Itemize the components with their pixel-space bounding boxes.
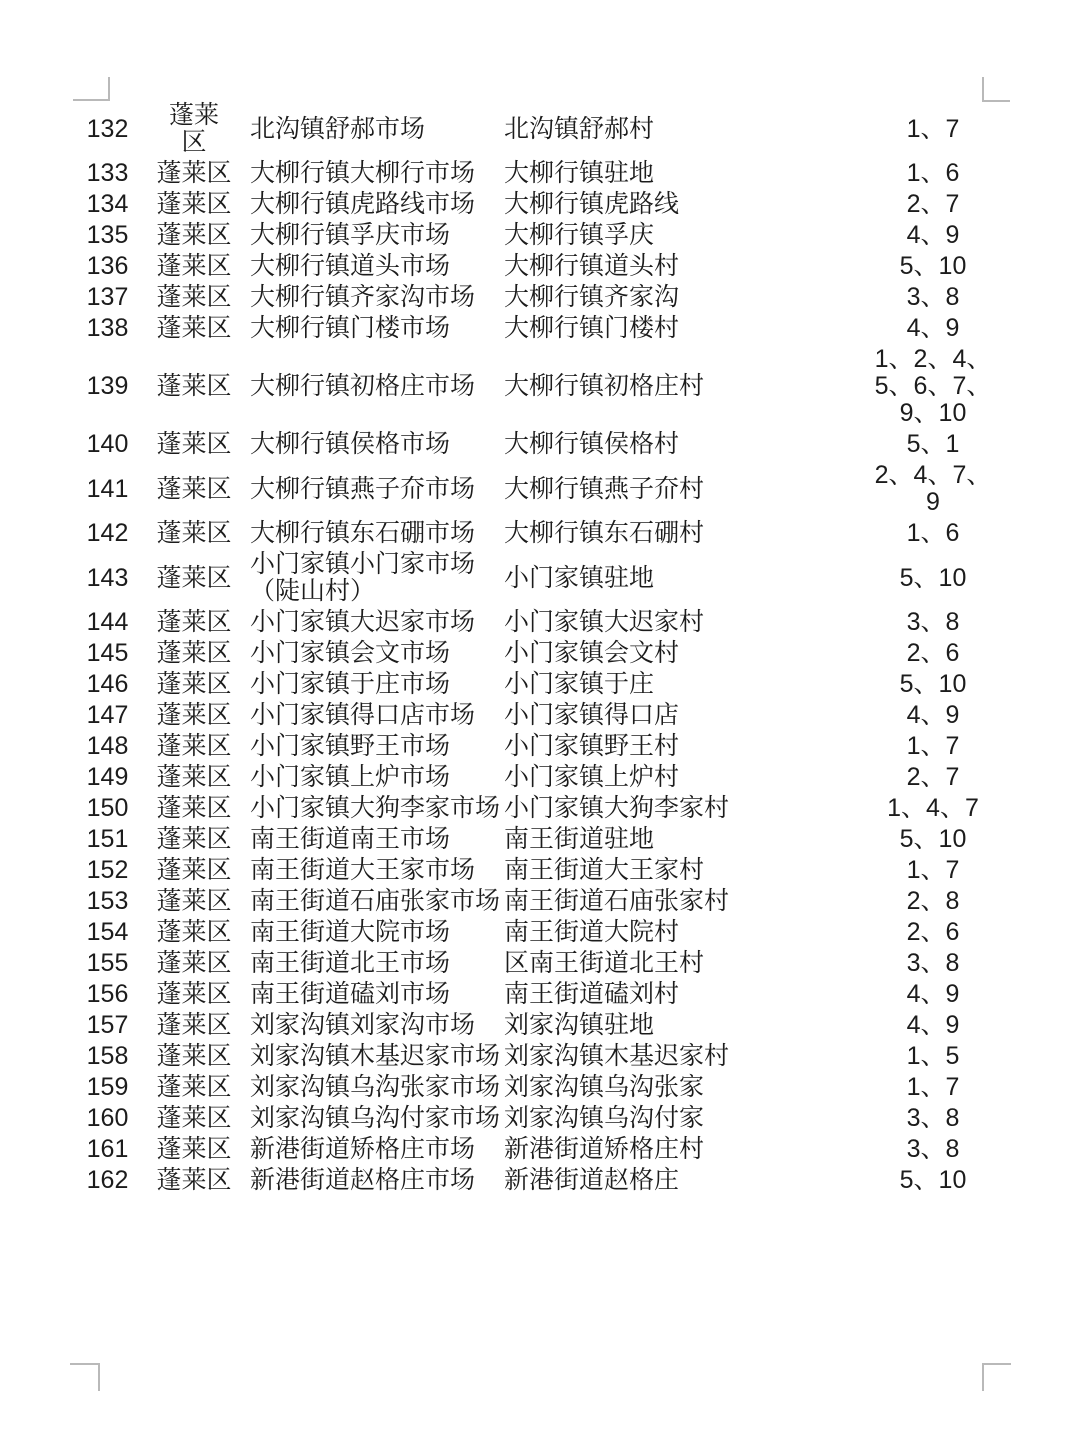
market-name-cell: 北沟镇舒郝市场 [248, 100, 500, 158]
market-name-cell: 大柳行镇虎路线市场 [248, 189, 500, 220]
district-cell: 蓬莱区 [140, 762, 248, 793]
market-name-cell: 小门家镇野王市场 [248, 731, 500, 762]
row-number-cell: 149 [75, 762, 140, 793]
market-name-cell: 小门家镇大狗李家市场 [248, 793, 500, 824]
table-row: 150蓬莱区小门家镇大狗李家市场小门家镇大狗李家村1、4、7 [75, 793, 994, 824]
market-name-cell: 刘家沟镇乌沟付家市场 [248, 1103, 500, 1134]
district-cell: 蓬莱区 [140, 1134, 248, 1165]
district-cell: 蓬莱区 [140, 460, 248, 518]
table-row: 136蓬莱区大柳行镇道头市场大柳行镇道头村5、10 [75, 251, 994, 282]
market-name-cell: 大柳行镇燕子夼市场 [248, 460, 500, 518]
schedule-days-cell: 4、9 [872, 700, 994, 731]
district-cell: 蓬莱 区 [140, 100, 248, 158]
schedule-days-cell: 3、8 [872, 948, 994, 979]
schedule-days-cell: 3、8 [872, 282, 994, 313]
schedule-days-cell: 1、7 [872, 855, 994, 886]
schedule-days-cell: 1、2、4、5、6、7、9、10 [872, 344, 994, 429]
village-name-cell: 南王街道磕刘村 [500, 979, 872, 1010]
market-name-cell: 刘家沟镇乌沟张家市场 [248, 1072, 500, 1103]
district-cell: 蓬莱区 [140, 669, 248, 700]
district-cell: 蓬莱区 [140, 344, 248, 429]
row-number-cell: 136 [75, 251, 140, 282]
village-name-cell: 小门家镇驻地 [500, 549, 872, 607]
schedule-days-cell: 1、6 [872, 158, 994, 189]
table-row: 145蓬莱区小门家镇会文市场小门家镇会文村2、6 [75, 638, 994, 669]
village-name-cell: 区南王街道北王村 [500, 948, 872, 979]
table-row: 137蓬莱区大柳行镇齐家沟市场大柳行镇齐家沟3、8 [75, 282, 994, 313]
row-number-cell: 137 [75, 282, 140, 313]
table-row: 134蓬莱区大柳行镇虎路线市场大柳行镇虎路线2、7 [75, 189, 994, 220]
schedule-days-cell: 4、9 [872, 979, 994, 1010]
village-name-cell: 南王街道石庙张家村 [500, 886, 872, 917]
row-number-cell: 152 [75, 855, 140, 886]
village-name-cell: 大柳行镇侯格村 [500, 429, 872, 460]
district-cell: 蓬莱区 [140, 189, 248, 220]
village-name-cell: 大柳行镇齐家沟 [500, 282, 872, 313]
market-name-cell: 南王街道北王市场 [248, 948, 500, 979]
table-row: 149蓬莱区小门家镇上炉市场小门家镇上炉村2、7 [75, 762, 994, 793]
district-cell: 蓬莱区 [140, 313, 248, 344]
table-row: 153蓬莱区南王街道石庙张家市场南王街道石庙张家村2、8 [75, 886, 994, 917]
market-name-cell: 大柳行镇大柳行市场 [248, 158, 500, 189]
schedule-days-cell: 5、10 [872, 669, 994, 700]
district-cell: 蓬莱区 [140, 1041, 248, 1072]
row-number-cell: 153 [75, 886, 140, 917]
row-number-cell: 151 [75, 824, 140, 855]
schedule-days-cell: 2、6 [872, 638, 994, 669]
village-name-cell: 小门家镇大迟家村 [500, 607, 872, 638]
village-name-cell: 小门家镇会文村 [500, 638, 872, 669]
village-name-cell: 小门家镇野王村 [500, 731, 872, 762]
district-cell: 蓬莱区 [140, 917, 248, 948]
row-number-cell: 154 [75, 917, 140, 948]
table-row: 139蓬莱区大柳行镇初格庄市场大柳行镇初格庄村1、2、4、5、6、7、9、10 [75, 344, 994, 429]
schedule-days-cell: 4、9 [872, 313, 994, 344]
table-row: 142蓬莱区大柳行镇东石硼市场大柳行镇东石硼村1、6 [75, 518, 994, 549]
row-number-cell: 160 [75, 1103, 140, 1134]
row-number-cell: 146 [75, 669, 140, 700]
page-margin-mark-top-left [73, 77, 110, 101]
district-cell: 蓬莱区 [140, 1165, 248, 1196]
table-row: 144蓬莱区小门家镇大迟家市场小门家镇大迟家村3、8 [75, 607, 994, 638]
table-row: 132蓬莱 区北沟镇舒郝市场北沟镇舒郝村1、7 [75, 100, 994, 158]
district-cell: 蓬莱区 [140, 886, 248, 917]
market-name-cell: 大柳行镇道头市场 [248, 251, 500, 282]
schedule-days-cell: 4、9 [872, 1010, 994, 1041]
village-name-cell: 大柳行镇虎路线 [500, 189, 872, 220]
table-row: 146蓬莱区小门家镇于庄市场小门家镇于庄5、10 [75, 669, 994, 700]
table-row: 135蓬莱区大柳行镇孚庆市场大柳行镇孚庆4、9 [75, 220, 994, 251]
village-name-cell: 大柳行镇东石硼村 [500, 518, 872, 549]
page-margin-mark-bottom-right [982, 1363, 1011, 1391]
district-cell: 蓬莱区 [140, 158, 248, 189]
market-name-cell: 大柳行镇初格庄市场 [248, 344, 500, 429]
table-row: 140蓬莱区大柳行镇侯格市场大柳行镇侯格村5、1 [75, 429, 994, 460]
village-name-cell: 刘家沟镇驻地 [500, 1010, 872, 1041]
village-name-cell: 小门家镇于庄 [500, 669, 872, 700]
table-row: 155蓬莱区南王街道北王市场区南王街道北王村3、8 [75, 948, 994, 979]
page-margin-mark-top-right [982, 77, 1010, 102]
table-row: 157蓬莱区刘家沟镇刘家沟市场刘家沟镇驻地4、9 [75, 1010, 994, 1041]
market-name-cell: 小门家镇于庄市场 [248, 669, 500, 700]
table-body: 132蓬莱 区北沟镇舒郝市场北沟镇舒郝村1、7133蓬莱区大柳行镇大柳行市场大柳… [75, 100, 994, 1196]
page-margin-mark-bottom-left [70, 1363, 100, 1391]
table-row: 162蓬莱区新港街道赵格庄市场新港街道赵格庄5、10 [75, 1165, 994, 1196]
table-row: 133蓬莱区大柳行镇大柳行市场大柳行镇驻地1、6 [75, 158, 994, 189]
schedule-days-cell: 2、7 [872, 762, 994, 793]
row-number-cell: 155 [75, 948, 140, 979]
schedule-days-cell: 5、10 [872, 1165, 994, 1196]
market-name-cell: 南王街道南王市场 [248, 824, 500, 855]
row-number-cell: 162 [75, 1165, 140, 1196]
market-name-cell: 南王街道大院市场 [248, 917, 500, 948]
district-cell: 蓬莱区 [140, 429, 248, 460]
row-number-cell: 161 [75, 1134, 140, 1165]
row-number-cell: 157 [75, 1010, 140, 1041]
district-cell: 蓬莱区 [140, 1103, 248, 1134]
market-name-cell: 小门家镇上炉市场 [248, 762, 500, 793]
village-name-cell: 刘家沟镇乌沟付家 [500, 1103, 872, 1134]
market-name-cell: 小门家镇大迟家市场 [248, 607, 500, 638]
market-name-cell: 小门家镇得口店市场 [248, 700, 500, 731]
market-name-cell: 大柳行镇孚庆市场 [248, 220, 500, 251]
table-row: 152蓬莱区南王街道大王家市场南王街道大王家村1、7 [75, 855, 994, 886]
table-row: 154蓬莱区南王街道大院市场南王街道大院村2、6 [75, 917, 994, 948]
schedule-days-cell: 1、7 [872, 100, 994, 158]
village-name-cell: 大柳行镇门楼村 [500, 313, 872, 344]
row-number-cell: 135 [75, 220, 140, 251]
market-name-cell: 新港街道赵格庄市场 [248, 1165, 500, 1196]
table-row: 160蓬莱区刘家沟镇乌沟付家市场刘家沟镇乌沟付家3、8 [75, 1103, 994, 1134]
market-name-cell: 新港街道矫格庄市场 [248, 1134, 500, 1165]
row-number-cell: 145 [75, 638, 140, 669]
row-number-cell: 139 [75, 344, 140, 429]
village-name-cell: 小门家镇大狗李家村 [500, 793, 872, 824]
market-name-cell: 南王街道磕刘市场 [248, 979, 500, 1010]
village-name-cell: 小门家镇得口店 [500, 700, 872, 731]
schedule-days-cell: 5、1 [872, 429, 994, 460]
district-cell: 蓬莱区 [140, 607, 248, 638]
district-cell: 蓬莱区 [140, 549, 248, 607]
district-cell: 蓬莱区 [140, 1010, 248, 1041]
schedule-days-cell: 4、9 [872, 220, 994, 251]
table-row: 138蓬莱区大柳行镇门楼市场大柳行镇门楼村4、9 [75, 313, 994, 344]
schedule-days-cell: 3、8 [872, 1134, 994, 1165]
district-cell: 蓬莱区 [140, 979, 248, 1010]
schedule-days-cell: 2、8 [872, 886, 994, 917]
schedule-days-cell: 5、10 [872, 549, 994, 607]
schedule-days-cell: 1、7 [872, 731, 994, 762]
market-name-cell: 刘家沟镇刘家沟市场 [248, 1010, 500, 1041]
market-name-cell: 南王街道大王家市场 [248, 855, 500, 886]
district-cell: 蓬莱区 [140, 1072, 248, 1103]
table-row: 141蓬莱区大柳行镇燕子夼市场大柳行镇燕子夼村2、4、7、9 [75, 460, 994, 518]
schedule-days-cell: 1、5 [872, 1041, 994, 1072]
district-cell: 蓬莱区 [140, 824, 248, 855]
village-name-cell: 大柳行镇初格庄村 [500, 344, 872, 429]
village-name-cell: 大柳行镇驻地 [500, 158, 872, 189]
market-name-cell: 小门家镇会文市场 [248, 638, 500, 669]
row-number-cell: 147 [75, 700, 140, 731]
row-number-cell: 144 [75, 607, 140, 638]
district-cell: 蓬莱区 [140, 948, 248, 979]
district-cell: 蓬莱区 [140, 700, 248, 731]
row-number-cell: 159 [75, 1072, 140, 1103]
village-name-cell: 新港街道矫格庄村 [500, 1134, 872, 1165]
row-number-cell: 133 [75, 158, 140, 189]
market-name-cell: 大柳行镇门楼市场 [248, 313, 500, 344]
schedule-days-cell: 5、10 [872, 824, 994, 855]
district-cell: 蓬莱区 [140, 282, 248, 313]
village-name-cell: 南王街道驻地 [500, 824, 872, 855]
row-number-cell: 134 [75, 189, 140, 220]
schedule-days-cell: 2、6 [872, 917, 994, 948]
market-name-cell: 大柳行镇侯格市场 [248, 429, 500, 460]
schedule-days-cell: 2、7 [872, 189, 994, 220]
village-name-cell: 刘家沟镇乌沟张家 [500, 1072, 872, 1103]
schedule-days-cell: 5、10 [872, 251, 994, 282]
row-number-cell: 150 [75, 793, 140, 824]
schedule-days-cell: 3、8 [872, 607, 994, 638]
schedule-days-cell: 1、6 [872, 518, 994, 549]
district-cell: 蓬莱区 [140, 855, 248, 886]
schedule-days-cell: 3、8 [872, 1103, 994, 1134]
row-number-cell: 138 [75, 313, 140, 344]
village-name-cell: 南王街道大王家村 [500, 855, 872, 886]
market-name-cell: 小门家镇小门家市场（陡山村） [248, 549, 500, 607]
district-cell: 蓬莱区 [140, 251, 248, 282]
district-cell: 蓬莱区 [140, 220, 248, 251]
table-row: 151蓬莱区南王街道南王市场南王街道驻地5、10 [75, 824, 994, 855]
table-row: 158蓬莱区刘家沟镇木基迟家市场刘家沟镇木基迟家村1、5 [75, 1041, 994, 1072]
village-name-cell: 北沟镇舒郝村 [500, 100, 872, 158]
schedule-days-cell: 1、4、7 [872, 793, 994, 824]
table-row: 156蓬莱区南王街道磕刘市场南王街道磕刘村4、9 [75, 979, 994, 1010]
schedule-days-cell: 2、4、7、9 [872, 460, 994, 518]
table-row: 159蓬莱区刘家沟镇乌沟张家市场刘家沟镇乌沟张家1、7 [75, 1072, 994, 1103]
village-name-cell: 大柳行镇孚庆 [500, 220, 872, 251]
row-number-cell: 142 [75, 518, 140, 549]
table-row: 148蓬莱区小门家镇野王市场小门家镇野王村1、7 [75, 731, 994, 762]
market-name-cell: 刘家沟镇木基迟家市场 [248, 1041, 500, 1072]
district-cell: 蓬莱区 [140, 518, 248, 549]
row-number-cell: 158 [75, 1041, 140, 1072]
market-name-cell: 大柳行镇东石硼市场 [248, 518, 500, 549]
table-row: 147蓬莱区小门家镇得口店市场小门家镇得口店4、9 [75, 700, 994, 731]
document-page: 132蓬莱 区北沟镇舒郝市场北沟镇舒郝村1、7133蓬莱区大柳行镇大柳行市场大柳… [0, 0, 1080, 1439]
row-number-cell: 148 [75, 731, 140, 762]
village-name-cell: 小门家镇上炉村 [500, 762, 872, 793]
table-row: 143蓬莱区小门家镇小门家市场（陡山村）小门家镇驻地5、10 [75, 549, 994, 607]
village-name-cell: 大柳行镇燕子夼村 [500, 460, 872, 518]
schedule-days-cell: 1、7 [872, 1072, 994, 1103]
district-cell: 蓬莱区 [140, 793, 248, 824]
village-name-cell: 南王街道大院村 [500, 917, 872, 948]
market-schedule-table: 132蓬莱 区北沟镇舒郝市场北沟镇舒郝村1、7133蓬莱区大柳行镇大柳行市场大柳… [75, 100, 994, 1196]
table-row: 161蓬莱区新港街道矫格庄市场新港街道矫格庄村3、8 [75, 1134, 994, 1165]
row-number-cell: 156 [75, 979, 140, 1010]
row-number-cell: 132 [75, 100, 140, 158]
district-cell: 蓬莱区 [140, 731, 248, 762]
village-name-cell: 刘家沟镇木基迟家村 [500, 1041, 872, 1072]
market-name-cell: 南王街道石庙张家市场 [248, 886, 500, 917]
row-number-cell: 140 [75, 429, 140, 460]
district-cell: 蓬莱区 [140, 638, 248, 669]
village-name-cell: 新港街道赵格庄 [500, 1165, 872, 1196]
row-number-cell: 143 [75, 549, 140, 607]
village-name-cell: 大柳行镇道头村 [500, 251, 872, 282]
row-number-cell: 141 [75, 460, 140, 518]
market-name-cell: 大柳行镇齐家沟市场 [248, 282, 500, 313]
